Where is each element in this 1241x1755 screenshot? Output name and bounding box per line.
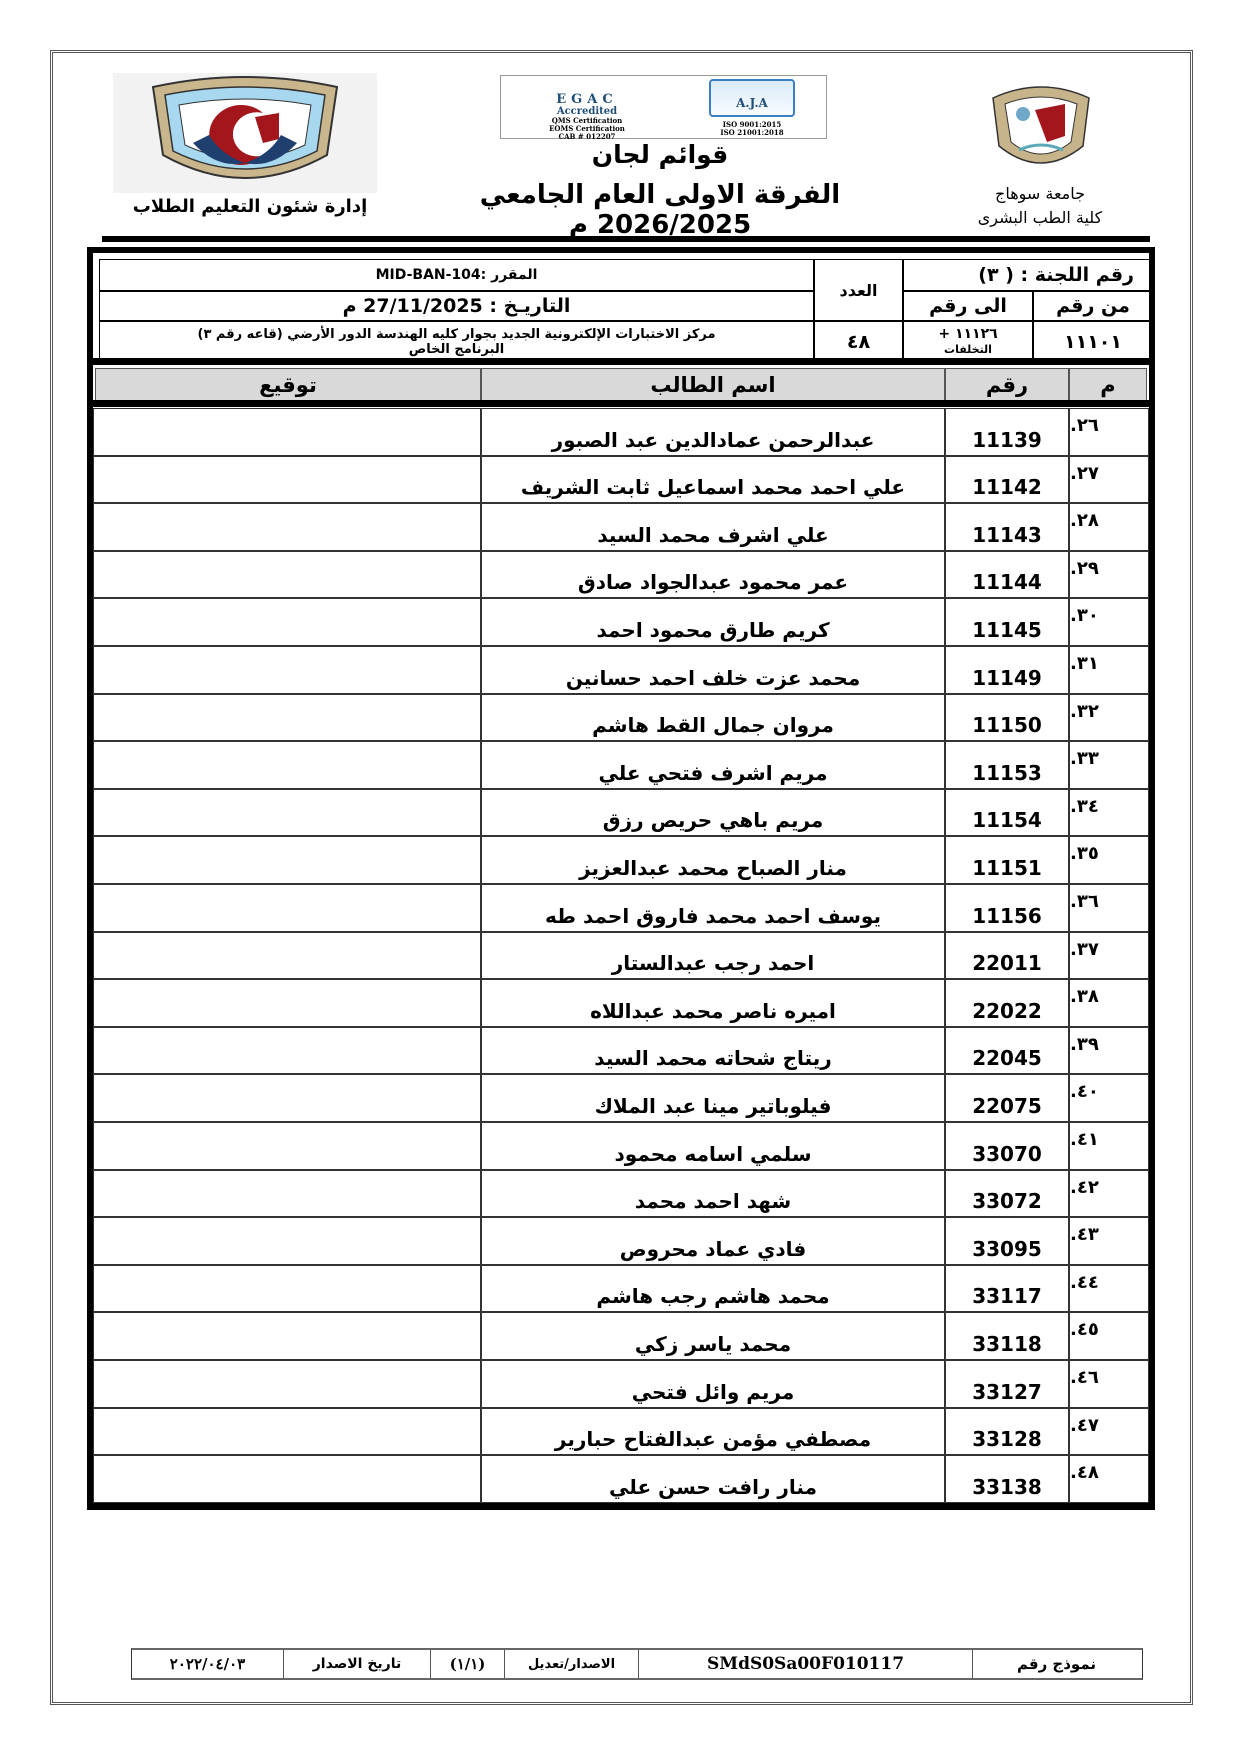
table-row: مريم وائل فتحي33127٤٦. (87, 1360, 1155, 1408)
egac-text: EGAC (507, 93, 667, 106)
row-index: ٢٦. (1069, 408, 1149, 456)
location-cell: مركز الاختبارات الإلكترونية الجديد بجوار… (99, 321, 814, 363)
table-row: مريم باهي حريص رزق11154٣٤. (87, 789, 1155, 837)
student-name: شهد احمد محمد (481, 1170, 945, 1218)
signature-cell[interactable] (93, 1360, 481, 1408)
row-index: ٣٢. (1069, 694, 1149, 742)
signature-cell[interactable] (93, 646, 481, 694)
students-table: توقيع اسم الطالب رقم م عبدالرحمن عمادالد… (87, 358, 1155, 1508)
student-number: 33138 (945, 1455, 1069, 1503)
course-cell: المقرر :MID-BAN-104 (99, 259, 814, 291)
student-number: 11145 (945, 598, 1069, 646)
issue-date-label: تاريخ الاصدار (283, 1650, 430, 1678)
table-row: احمد رجب عبدالستار22011٣٧. (87, 932, 1155, 980)
row-index: ٤٢. (1069, 1170, 1149, 1218)
table-row: مريم اشرف فتحي علي11153٣٣. (87, 741, 1155, 789)
signature-cell[interactable] (93, 1265, 481, 1313)
table-row: فيلوباتير مينا عبد الملاك22075٤٠. (87, 1074, 1155, 1122)
table-row: ريتاج شحاته محمد السيد22045٣٩. (87, 1027, 1155, 1075)
student-number: 11153 (945, 741, 1069, 789)
row-index: ٤٠. (1069, 1074, 1149, 1122)
student-number: 33128 (945, 1408, 1069, 1456)
signature-cell[interactable] (93, 932, 481, 980)
signature-cell[interactable] (93, 1074, 481, 1122)
student-name: مريم اشرف فتحي علي (481, 741, 945, 789)
signature-cell[interactable] (93, 598, 481, 646)
row-index: ٣٥. (1069, 836, 1149, 884)
student-number: 33095 (945, 1217, 1069, 1265)
student-affairs-caption: إدارة شئون التعليم الطلاب (120, 196, 380, 217)
signature-cell[interactable] (93, 1217, 481, 1265)
aja-badge: A.J.A ISO 9001:2015 ISO 21001:2018 (684, 79, 820, 135)
table-top-bar (87, 358, 1155, 365)
row-index: ٤٣. (1069, 1217, 1149, 1265)
student-name: مصطفي مؤمن عبدالفتاح حبارير (481, 1408, 945, 1456)
row-index: ٣٩. (1069, 1027, 1149, 1075)
table-row: مصطفي مؤمن عبدالفتاح حبارير33128٤٧. (87, 1408, 1155, 1456)
table-row: يوسف احمد محمد فاروق احمد طه11156٣٦. (87, 884, 1155, 932)
iso-line: ISO 21001:2018 (684, 129, 820, 137)
table-row: علي اشرف محمد السيد11143٢٨. (87, 503, 1155, 551)
to-number-label: الى رقم (903, 291, 1033, 321)
backlog-note: التخلفات (944, 342, 992, 357)
row-index: ٤١. (1069, 1122, 1149, 1170)
signature-cell[interactable] (93, 979, 481, 1027)
page-title: قوائم لجان (520, 140, 800, 169)
committee-info-table: المقرر :MID-BAN-104 التاريـخ : 27/11/202… (87, 247, 1155, 365)
signature-cell[interactable] (93, 1027, 481, 1075)
student-number: 11156 (945, 884, 1069, 932)
signature-cell[interactable] (93, 1170, 481, 1218)
row-index: ٢٩. (1069, 551, 1149, 599)
student-number: 22075 (945, 1074, 1069, 1122)
row-index: ٣٦. (1069, 884, 1149, 932)
count-label: العدد (814, 259, 903, 321)
student-name: عمر محمود عبدالجواد صادق (481, 551, 945, 599)
student-name: فادي عماد محروص (481, 1217, 945, 1265)
location-text: مركز الاختبارات الإلكترونية الجديد بجوار… (197, 327, 715, 342)
from-number-label: من رقم (1033, 291, 1153, 321)
faculty-name: كلية الطب البشرى (960, 206, 1120, 230)
student-name: يوسف احمد محمد فاروق احمد طه (481, 884, 945, 932)
signature-cell[interactable] (93, 694, 481, 742)
student-name: منار الصباح محمد عبدالعزيز (481, 836, 945, 884)
revision-value: (١/١) (430, 1650, 504, 1678)
header-divider (102, 236, 1150, 242)
egac-badge: EGAC Accredited QMS Certification EOMS C… (507, 79, 667, 135)
university-name: جامعة سوهاج (960, 182, 1120, 206)
student-name: سلمي اسامه محمود (481, 1122, 945, 1170)
signature-cell[interactable] (93, 789, 481, 837)
form-number-label: نموذج رقم (972, 1650, 1140, 1678)
to-number-cell: ١١١٢٦ + التخلفات (903, 321, 1033, 363)
student-name: اميره ناصر محمد عبداللاه (481, 979, 945, 1027)
table-row: محمد ياسر زكي33118٤٥. (87, 1312, 1155, 1360)
table-row: سلمي اسامه محمود33070٤١. (87, 1122, 1155, 1170)
table-row: شهد احمد محمد33072٤٢. (87, 1170, 1155, 1218)
row-index: ٤٧. (1069, 1408, 1149, 1456)
student-name: محمد هاشم رجب هاشم (481, 1265, 945, 1313)
student-name: محمد ياسر زكي (481, 1312, 945, 1360)
student-name: ريتاج شحاته محمد السيد (481, 1027, 945, 1075)
signature-cell[interactable] (93, 1455, 481, 1503)
row-index: ٤٤. (1069, 1265, 1149, 1313)
committee-number: رقم اللجنة : ( ٣) (903, 259, 1153, 291)
signature-cell[interactable] (93, 1122, 481, 1170)
table-row: اميره ناصر محمد عبداللاه22022٣٨. (87, 979, 1155, 1027)
revision-label: الاصدار/تعديل (504, 1650, 638, 1678)
column-header-name: اسم الطالب (481, 368, 945, 401)
student-name: محمد عزت خلف احمد حسانين (481, 646, 945, 694)
aja-globe-icon: A.J.A (709, 79, 795, 117)
row-index: ٣٠. (1069, 598, 1149, 646)
issue-date-value: ٢٠٢٢/٠٤/٠٣ (132, 1650, 283, 1678)
column-header-index: م (1069, 368, 1147, 401)
student-number: 33117 (945, 1265, 1069, 1313)
table-row: منار رافت حسن علي33138٤٨. (87, 1455, 1155, 1503)
student-name: فيلوباتير مينا عبد الملاك (481, 1074, 945, 1122)
table-row: علي احمد محمد اسماعيل ثابت الشريف11142٢٧… (87, 456, 1155, 504)
student-name: مريم باهي حريص رزق (481, 789, 945, 837)
student-name: كريم طارق محمود احمد (481, 598, 945, 646)
signature-cell[interactable] (93, 551, 481, 599)
signature-cell[interactable] (93, 1312, 481, 1360)
signature-cell[interactable] (93, 408, 481, 456)
form-code: SMdS0Sa00F010117 (638, 1650, 972, 1678)
faculty-of-medicine-logo (113, 73, 377, 193)
student-name: منار رافت حسن علي (481, 1455, 945, 1503)
student-number: 33127 (945, 1360, 1069, 1408)
date-cell: التاريـخ : 27/11/2025 م (99, 291, 814, 321)
row-index: ٢٧. (1069, 456, 1149, 504)
signature-cell[interactable] (93, 503, 481, 551)
row-index: ٤٦. (1069, 1360, 1149, 1408)
signature-cell[interactable] (93, 456, 481, 504)
row-index: ٣٤. (1069, 789, 1149, 837)
student-number: 11139 (945, 408, 1069, 456)
row-index: ٤٨. (1069, 1455, 1149, 1503)
row-index: ٣٧. (1069, 932, 1149, 980)
sohag-university-logo (985, 80, 1097, 172)
table-row: عبدالرحمن عمادالدين عبد الصبور11139٢٦. (87, 408, 1155, 456)
page-subtitle: الفرقة الاولى العام الجامعي 2026/2025 م (410, 180, 910, 240)
signature-cell[interactable] (93, 1408, 481, 1456)
aja-text: A.J.A (736, 96, 768, 110)
student-number: 11154 (945, 789, 1069, 837)
student-number: 22022 (945, 979, 1069, 1027)
table-row: فادي عماد محروص33095٤٣. (87, 1217, 1155, 1265)
to-number-value: ١١١٢٦ + (938, 327, 997, 342)
student-number: 11143 (945, 503, 1069, 551)
student-number: 11151 (945, 836, 1069, 884)
sohag-crest-icon (985, 80, 1097, 172)
student-number: 33072 (945, 1170, 1069, 1218)
student-name: احمد رجب عبدالستار (481, 932, 945, 980)
student-name: مريم وائل فتحي (481, 1360, 945, 1408)
header-bottom-bar (87, 400, 1155, 407)
student-name: علي اشرف محمد السيد (481, 503, 945, 551)
university-caption: جامعة سوهاج كلية الطب البشرى (960, 182, 1120, 230)
row-index: ٣٨. (1069, 979, 1149, 1027)
student-number: 11144 (945, 551, 1069, 599)
column-header-number: رقم (945, 368, 1069, 401)
table-row: مروان جمال القط هاشم11150٣٢. (87, 694, 1155, 742)
form-footer: نموذج رقم SMdS0Sa00F010117 الاصدار/تعديل… (131, 1648, 1143, 1680)
column-header-signature: توقيع (95, 368, 481, 401)
table-row: منار الصباح محمد عبدالعزيز11151٣٥. (87, 836, 1155, 884)
row-index: ٣٣. (1069, 741, 1149, 789)
medicine-crest-icon (113, 73, 377, 193)
row-index: ٤٥. (1069, 1312, 1149, 1360)
table-row: محمد هاشم رجب هاشم33117٤٤. (87, 1265, 1155, 1313)
certification-banner: EGAC Accredited QMS Certification EOMS C… (500, 75, 827, 139)
table-row: كريم طارق محمود احمد11145٣٠. (87, 598, 1155, 646)
student-number: 11150 (945, 694, 1069, 742)
from-number-value: ١١١٠١ (1033, 321, 1153, 363)
student-name: علي احمد محمد اسماعيل ثابت الشريف (481, 456, 945, 504)
signature-cell[interactable] (93, 836, 481, 884)
program-text: البرنامج الخاص (409, 342, 505, 357)
student-number: 22011 (945, 932, 1069, 980)
row-index: ٢٨. (1069, 503, 1149, 551)
student-number: 11142 (945, 456, 1069, 504)
table-bottom-bar (87, 1503, 1155, 1510)
student-number: 33070 (945, 1122, 1069, 1170)
table-row: عمر محمود عبدالجواد صادق11144٢٩. (87, 551, 1155, 599)
count-value: ٤٨ (814, 321, 903, 363)
student-number: 11149 (945, 646, 1069, 694)
table-row: محمد عزت خلف احمد حسانين11149٣١. (87, 646, 1155, 694)
student-name: عبدالرحمن عمادالدين عبد الصبور (481, 408, 945, 456)
row-index: ٣١. (1069, 646, 1149, 694)
signature-cell[interactable] (93, 884, 481, 932)
student-number: 22045 (945, 1027, 1069, 1075)
student-number: 33118 (945, 1312, 1069, 1360)
signature-cell[interactable] (93, 741, 481, 789)
student-name: مروان جمال القط هاشم (481, 694, 945, 742)
